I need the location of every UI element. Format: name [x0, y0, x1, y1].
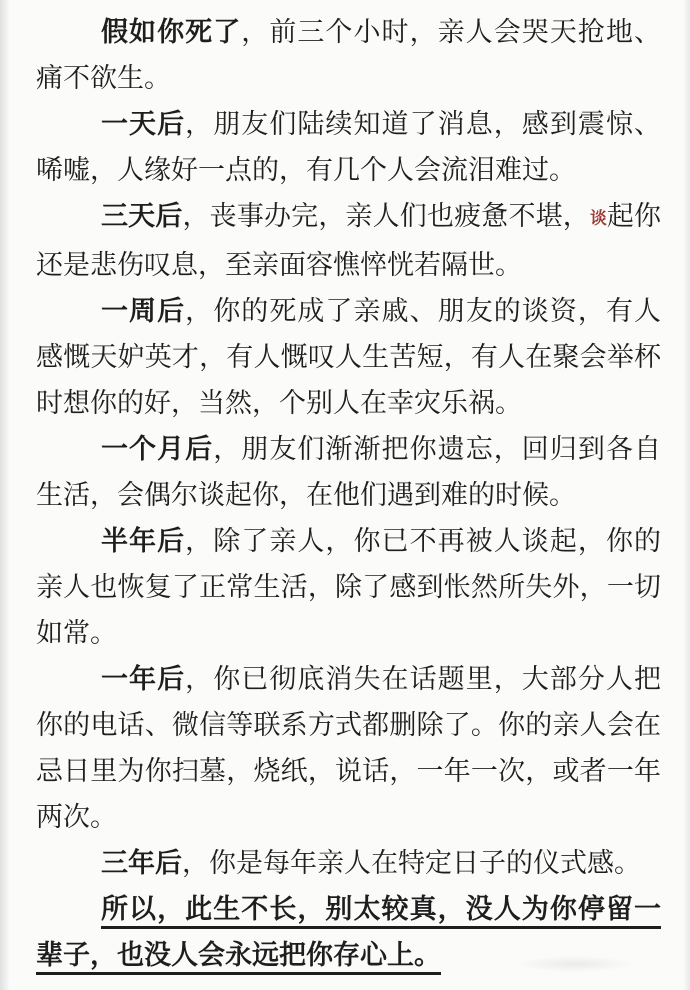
paragraph: 一年后，你已彻底消失在话题里，大部分人把你的电话、微信等联系方式都删除了。你的亲… [36, 656, 661, 840]
paragraph: 所以，此生不长，别太较真，没人为你停留一辈子，也没人会永远把你存心上。 [36, 886, 661, 978]
paragraph-lead-bold: 一个月后 [101, 434, 213, 464]
paragraph: 一周后，你的死成了亲戚、朋友的谈资，有人感慨天妒英才，有人慨叹人生苦短，有人在聚… [36, 288, 661, 426]
paragraph-lead-bold: 假如你死了 [101, 17, 241, 47]
paragraph: 一个月后，朋友们渐渐把你遗忘，回归到各自生活，会偶尔谈起你，在他们遇到难的时候。 [36, 426, 661, 518]
red-inline-character: 谈 [590, 209, 607, 228]
paragraph: 三天后，丧事办完，亲人们也疲惫不堪，谈起你还是悲伤叹息，至亲面容憔悴恍若隔世。 [36, 193, 661, 288]
paragraph-lead-bold: 一年后 [101, 664, 185, 694]
paragraph-lead-bold: 一周后 [101, 296, 185, 326]
paragraph-lead-bold: 三年后 [101, 848, 182, 878]
paragraph-lead-bold: 半年后 [101, 526, 185, 556]
paragraph: 半年后，除了亲人，你已不再被人谈起，你的亲人也恢复了正常生活，除了感到怅然所失外… [36, 518, 661, 656]
paragraph: 三年后，你是每年亲人在特定日子的仪式感。 [36, 840, 661, 886]
paragraph: 一天后，朋友们陆续知道了消息，感到震惊、唏嘘，人缘好一点的，有几个人会流泪难过。 [36, 101, 661, 193]
document-page: 假如你死了，前三个小时，亲人会哭天抢地、痛不欲生。 一天后，朋友们陆续知道了消息… [0, 0, 690, 990]
paragraph: 假如你死了，前三个小时，亲人会哭天抢地、痛不欲生。 [36, 9, 661, 101]
closing-bold-underlined-text: 所以，此生不长，别太较真，没人为你停留一辈子，也没人会永远把你存心上。 [36, 894, 661, 970]
paragraph-text: ，你是每年亲人在特定日子的仪式感。 [182, 848, 641, 878]
paragraph-lead-bold: 一天后 [101, 109, 185, 139]
document-body: 假如你死了，前三个小时，亲人会哭天抢地、痛不欲生。 一天后，朋友们陆续知道了消息… [36, 9, 661, 978]
paragraph-lead-bold: 三天后 [101, 201, 183, 231]
paragraph-text: ，丧事办完，亲人们也疲惫不堪， [183, 201, 590, 231]
